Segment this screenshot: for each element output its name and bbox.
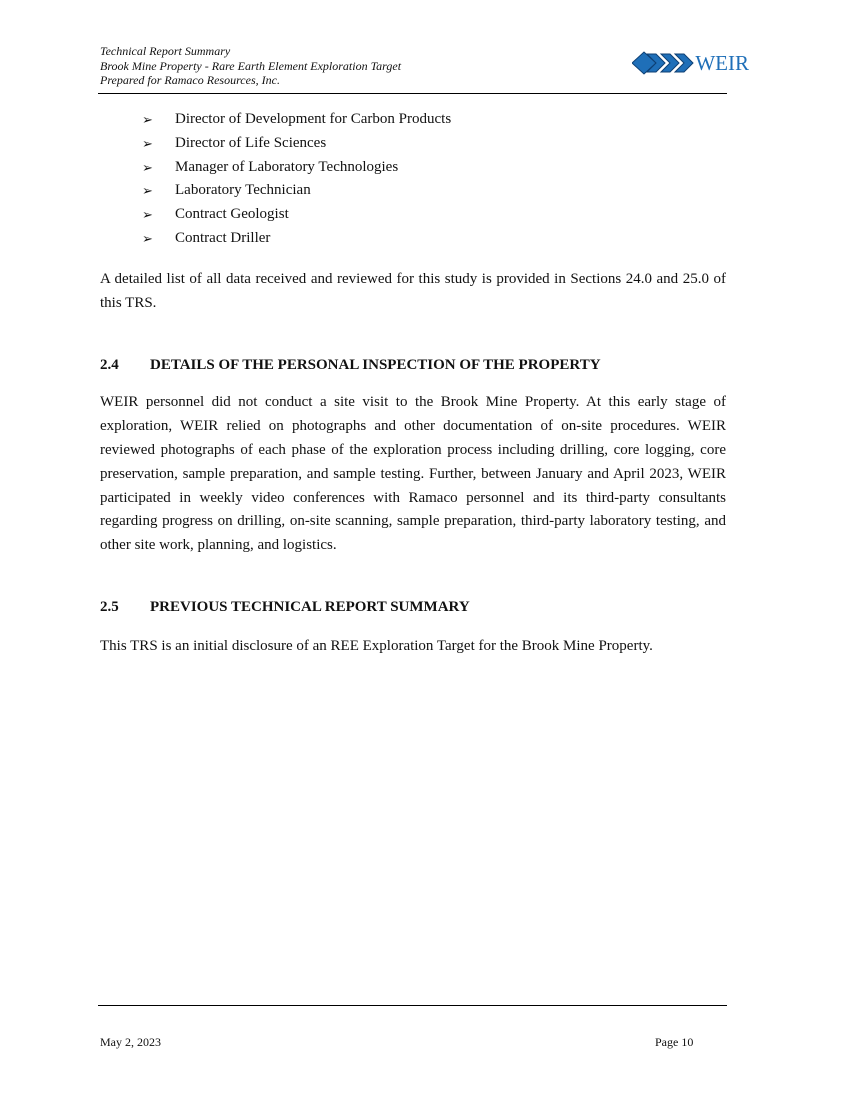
arrow-bullet-icon: ➢	[142, 109, 153, 133]
weir-logo: WEIR	[632, 50, 749, 76]
inspection-paragraph: WEIR personnel did not conduct a site vi…	[100, 391, 726, 558]
arrow-bullet-icon: ➢	[142, 157, 153, 181]
section-title: PREVIOUS TECHNICAL REPORT SUMMARY	[150, 599, 470, 615]
personnel-list: ➢Director of Development for Carbon Prod…	[100, 108, 726, 251]
header-line-report-type: Technical Report Summary	[100, 44, 401, 59]
data-list-paragraph: A detailed list of all data received and…	[100, 268, 726, 316]
page-header: Technical Report Summary Brook Mine Prop…	[98, 44, 727, 94]
header-text-block: Technical Report Summary Brook Mine Prop…	[100, 44, 401, 88]
previous-report-paragraph: This TRS is an initial disclosure of an …	[100, 635, 726, 659]
list-item: ➢Contract Driller	[132, 227, 726, 251]
section-title: DETAILS OF THE PERSONAL INSPECTION OF TH…	[150, 357, 601, 373]
arrow-bullet-icon: ➢	[142, 180, 153, 204]
section-number: 2.4	[100, 355, 150, 375]
section-heading-2-5: 2.5PREVIOUS TECHNICAL REPORT SUMMARY	[100, 597, 726, 617]
list-item: ➢Contract Geologist	[132, 203, 726, 227]
chevron-diamonds-icon	[632, 51, 694, 75]
list-item: ➢Laboratory Technician	[132, 179, 726, 203]
arrow-bullet-icon: ➢	[142, 133, 153, 157]
arrow-bullet-icon: ➢	[142, 228, 153, 252]
logo-text: WEIR	[695, 50, 749, 76]
header-divider	[98, 93, 727, 94]
list-item: ➢Director of Development for Carbon Prod…	[132, 108, 726, 132]
header-line-property: Brook Mine Property - Rare Earth Element…	[100, 59, 401, 74]
section-number: 2.5	[100, 597, 150, 617]
page-number: Page 10	[655, 1035, 693, 1050]
page-body: ➢Director of Development for Carbon Prod…	[100, 108, 726, 659]
arrow-bullet-icon: ➢	[142, 204, 153, 228]
list-item: ➢Manager of Laboratory Technologies	[132, 156, 726, 180]
footer-divider	[98, 1005, 727, 1006]
section-heading-2-4: 2.4DETAILS OF THE PERSONAL INSPECTION OF…	[100, 355, 726, 375]
footer-date: May 2, 2023	[100, 1035, 161, 1050]
header-line-prepared-for: Prepared for Ramaco Resources, Inc.	[100, 73, 401, 88]
list-item: ➢Director of Life Sciences	[132, 132, 726, 156]
